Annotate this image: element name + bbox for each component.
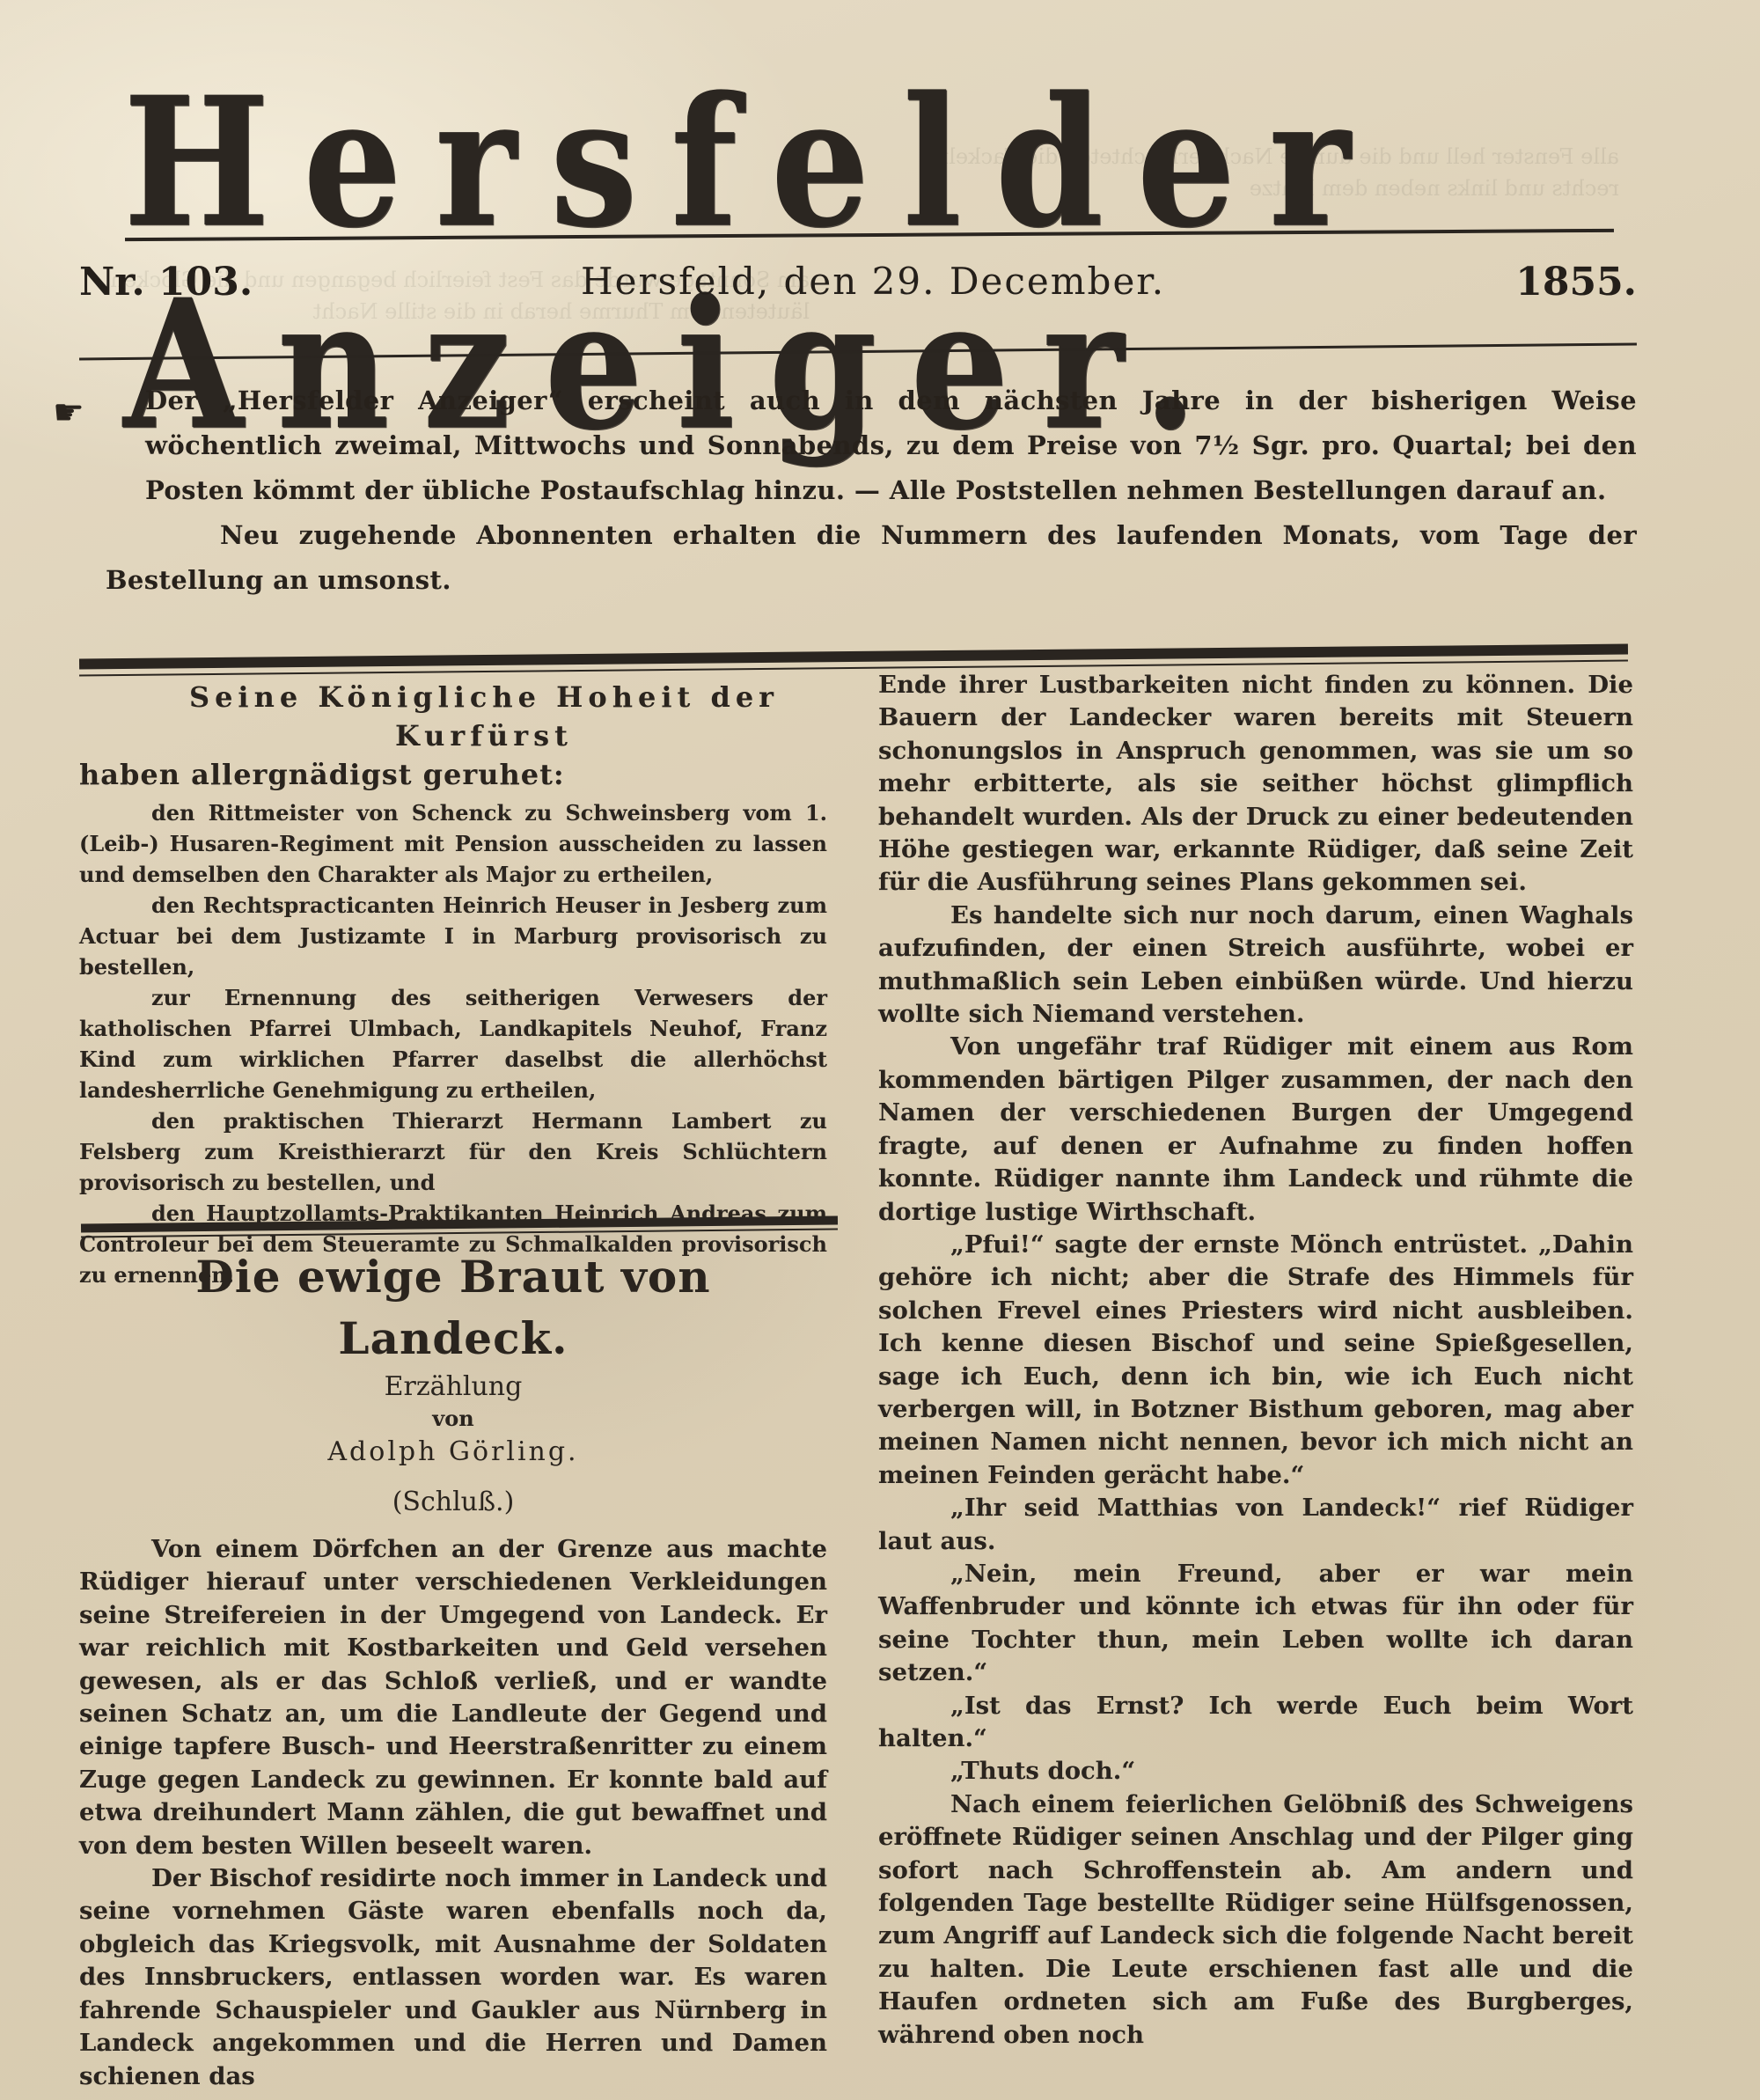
decree-heading: Seine Königliche Hoheit der Kurfürst — [79, 678, 827, 755]
story-paragraph: Der Bischof residirte noch immer in Land… — [79, 1862, 827, 2093]
story-paragraph: Von einem Dörfchen an der Grenze aus mac… — [79, 1533, 827, 1862]
subscription-notice: Der „Hersfelder Anzeiger“ erscheint auch… — [106, 378, 1637, 603]
story-paragraph: Nach einem feierlichen Gelöbniß des Schw… — [878, 1788, 1633, 2052]
place-and-date: Hersfeld, den 29. December. — [581, 260, 1165, 303]
story-paragraph: „Pfui!“ sagte der ernste Mönch entrüstet… — [878, 1229, 1633, 1492]
story-column-left: Die ewige Braut von Landeck. Erzählung v… — [79, 1246, 827, 2093]
story-part: (Schluß.) — [79, 1472, 827, 1533]
story-paragraph: Ende ihrer Lustbarkeiten nicht finden zu… — [878, 669, 1633, 899]
decree-item: den Rechtspracticanten Heinrich Heuser i… — [79, 890, 827, 982]
newspaper-masthead: Hersfelder Anzeiger. — [123, 62, 1637, 284]
story-title: Die ewige Braut von Landeck. — [79, 1246, 827, 1369]
left-column: Seine Königliche Hoheit der Kurfürst hab… — [79, 678, 827, 1290]
pointing-hand-icon: ☛ — [53, 393, 84, 433]
notice-paragraph: Der „Hersfelder Anzeiger“ erscheint auch… — [145, 378, 1637, 513]
story-paragraph: „Thuts doch.“ — [878, 1755, 1633, 1788]
decree-subheading: haben allergnädigst geruhet: — [79, 755, 827, 794]
decree-item: den Rittmeister von Schenck zu Schweinsb… — [79, 797, 827, 890]
story-paragraph: „Ist das Ernst? Ich werde Euch beim Wort… — [878, 1690, 1633, 1756]
story-paragraph: „Ihr seid Matthias von Landeck!“ rief Rü… — [878, 1492, 1633, 1558]
story-genre: Erzählung — [79, 1369, 827, 1405]
story-paragraph: Es handelte sich nur noch darum, einen W… — [878, 899, 1633, 1032]
issue-number: Nr. 103. — [79, 260, 253, 305]
story-paragraph: „Nein, mein Freund, aber er war mein Waf… — [878, 1558, 1633, 1690]
decree-item: den praktischen Thierarzt Hermann Lamber… — [79, 1105, 827, 1198]
section-rule-thick — [79, 644, 1628, 670]
notice-paragraph: Neu zugehende Abonnenten erhalten die Nu… — [106, 513, 1637, 603]
story-byline-von: von — [79, 1405, 827, 1433]
story-column-right: Ende ihrer Lustbarkeiten nicht finden zu… — [878, 669, 1633, 2052]
dateline: Nr. 103. Hersfeld, den 29. December. 185… — [79, 260, 1637, 321]
decree-item: zur Ernennung des seitherigen Verwesers … — [79, 982, 827, 1105]
story-author: Adolph Görling. — [79, 1433, 827, 1472]
story-paragraph: Von ungefähr traf Rüdiger mit einem aus … — [878, 1031, 1633, 1228]
issue-year: 1855. — [1515, 260, 1637, 305]
